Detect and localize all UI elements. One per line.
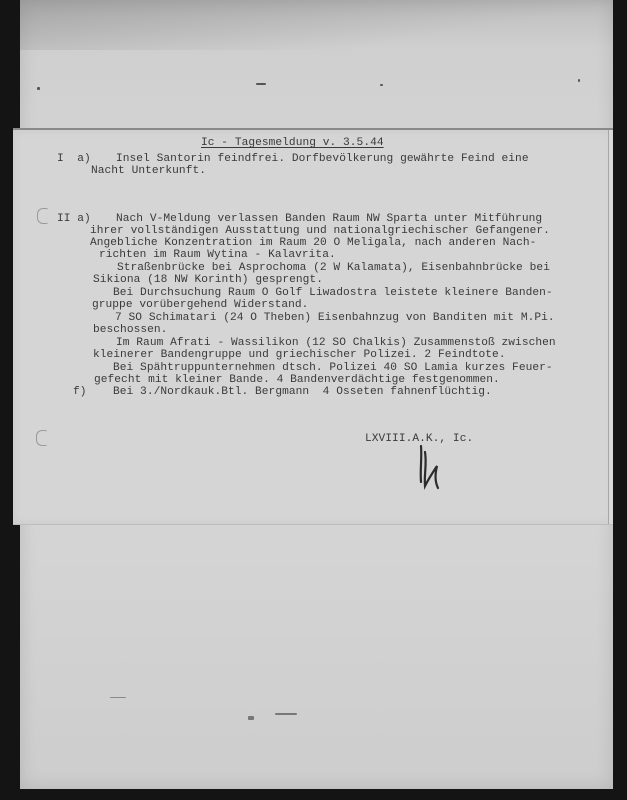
paper-speck	[380, 84, 383, 86]
section-marker-II-a: II a)	[57, 214, 91, 226]
paper-fold-shadow	[20, 0, 613, 50]
memo-title: Ic - Tagesmeldung v. 3.5.44	[201, 138, 384, 150]
memo-line: richten im Raum Wytina - Kalavrita.	[99, 250, 336, 262]
memo-line: Insel Santorin feindfrei. Dorfbevölkerun…	[116, 154, 529, 166]
memo-line: gefecht mit kleiner Bande. 4 Bandenverdä…	[94, 375, 500, 387]
punch-hole-mark	[37, 208, 48, 224]
memo-line: Bei 3./Nordkauk.Btl. Bergmann 4 Osseten …	[113, 387, 492, 399]
paper-speck	[110, 697, 126, 698]
paper-speck	[248, 716, 254, 720]
signature-icon	[415, 442, 455, 492]
section-marker-f: f)	[73, 387, 87, 399]
memo-line: Bei Durchsuchung Raum O Golf Liwadostra …	[113, 288, 553, 300]
memo-line: Straßenbrücke bei Asprochoma (2 W Kalama…	[117, 263, 550, 275]
memo-line: kleinerer Bandengruppe und griechischer …	[93, 350, 506, 362]
memo-line: beschossen.	[93, 325, 167, 337]
punch-hole-mark	[36, 430, 47, 446]
memo-line: Sikiona (18 NW Korinth) gesprengt.	[93, 275, 323, 287]
memo-line: Bei Spähtruppunternehmen dtsch. Polizei …	[113, 363, 553, 375]
memo-line: ihrer vollständigen Ausstattung und nati…	[90, 226, 550, 238]
memo-sheet: Ic - Tagesmeldung v. 3.5.44 I a) Insel S…	[13, 128, 613, 524]
sheet-edge	[608, 130, 613, 524]
section-marker-I-a: I a)	[57, 154, 91, 166]
paper-speck	[578, 79, 580, 82]
paper-speck	[256, 83, 266, 85]
memo-line: Angebliche Konzentration im Raum 20 O Me…	[90, 238, 536, 250]
memo-line: Nacht Unterkunft.	[91, 166, 206, 178]
paper-speck	[37, 87, 40, 90]
memo-line: Im Raum Afrati - Wassilikon (12 SO Chalk…	[116, 338, 556, 350]
memo-line: gruppe vorübergehend Widerstand.	[92, 300, 308, 312]
memo-line: Nach V-Meldung verlassen Banden Raum NW …	[116, 214, 542, 226]
paper-speck	[275, 713, 297, 715]
memo-line: 7 SO Schimatari (24 O Theben) Eisenbahnz…	[115, 313, 555, 325]
